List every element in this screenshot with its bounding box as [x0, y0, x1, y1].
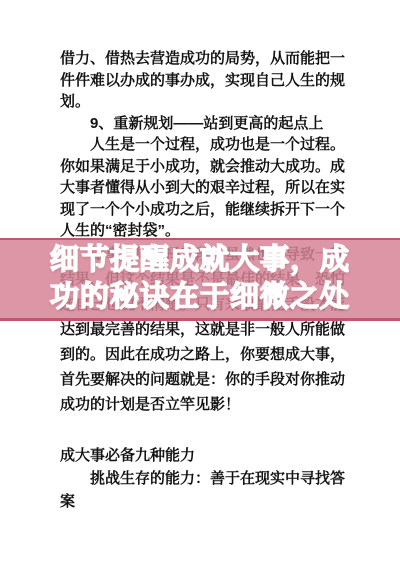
text-line: 大事者懂得从小到大的艰辛过程，所以在实 — [60, 177, 345, 199]
list-title-line: 成大事必备九种能力 — [60, 444, 345, 467]
banner-title-line-1: 细节提醒成就大事，成 — [0, 242, 400, 279]
text-line: 你如果满足于小成功，就会推动大成功。成 — [60, 156, 345, 178]
paragraph-block-lower: 成大事必备九种能力 挑战生存的能力：善于在现实中寻找答 案 — [60, 444, 345, 513]
text-line: 划。 — [60, 91, 345, 113]
paragraph-block-upper: 借力、借热去营造成功的局势，从而能把一 件件难以办成的事办成，实现自己人生的规 … — [60, 48, 345, 242]
text-line: 到的。因此在成功之路上，你要想成大事， — [60, 342, 345, 367]
section-heading-line: 9、重新规划——站到更高的起点上 — [60, 113, 345, 135]
text-line: 成功的计划是否立竿见影！ — [60, 392, 345, 417]
highlight-banner: 细节提醒成就大事，成 功的秘诀在于细微之处 — [0, 238, 400, 321]
text-line: 人生是一个过程，成功也是一个过程。 — [60, 134, 345, 156]
banner-title-line-2: 功的秘诀在于细微之处 — [0, 279, 400, 316]
text-line: 件件难以办成的事办成，实现自己人生的规 — [60, 70, 345, 92]
text-line: 现了一个个小成功之后，能继续拆开下一个 — [60, 199, 345, 221]
book-page: 借力、借热去营造成功的局势，从而能把一 件件难以办成的事办成，实现自己人生的规 … — [0, 0, 400, 566]
text-line: 挑战生存的能力：善于在现实中寻找答 — [60, 467, 345, 490]
text-line: 案 — [60, 490, 345, 513]
text-line: 首先要解决的问题就是：你的手段对你推动 — [60, 367, 345, 392]
text-line: 借力、借热去营造成功的局势，从而能把一 — [60, 48, 345, 70]
